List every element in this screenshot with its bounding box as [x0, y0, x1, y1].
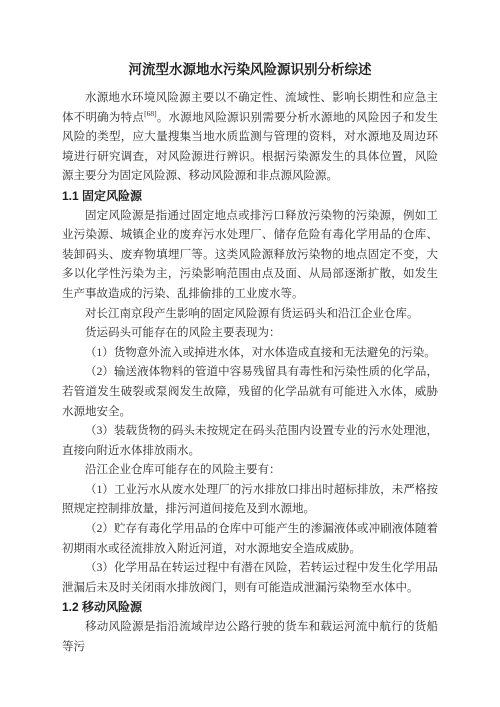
list-item-dock-risk-1: （1）货物意外流入或掉进水体，对水体造成直接和无法避免的污染。: [62, 344, 438, 364]
section-heading-fixed-risk-sources: 1.1 固定风险源: [62, 187, 438, 207]
citation-reference: [68]: [144, 109, 157, 118]
list-item-warehouse-risk-2: （2）贮存有毒化学用品的仓库中可能产生的渗漏液体或冲刷液体随着初期雨水或径流排放…: [62, 520, 438, 559]
section-heading-mobile-risk-sources: 1.2 移动风险源: [62, 598, 438, 618]
paragraph-mobile-risk-definition: 移动风险源是指沿流域岸边公路行驶的货车和载运河流中航行的货船等污: [62, 618, 438, 657]
paragraph-nanjing-fixed-sources: 对长江南京段产生影响的固定风险源有货运码头和沿江企业仓库。: [62, 305, 438, 325]
list-item-dock-risk-2: （2）输送液体物料的管道中容易残留具有毒性和污染性质的化学品，若管道发生破裂或泵…: [62, 363, 438, 422]
list-item-warehouse-risk-1: （1）工业污水从废水处理厂的污水排放口排出时超标排放，未严格按照规定控制排放量，…: [62, 481, 438, 520]
intro-paragraph: 水源地水环境风险源主要以不确定性、流域性、影响长期性和应急主体不明确为特点[68…: [62, 89, 438, 187]
list-item-warehouse-risk-3: （3）化学用品在转运过程中有潜在风险，若转运过程中发生化学用品泄漏后未及时关闭雨…: [62, 559, 438, 598]
paragraph-cargo-dock-risks-intro: 货运码头可能存在的风险主要表现为：: [62, 324, 438, 344]
document-page: 河流型水源地水污染风险源识别分析综述 水源地水环境风险源主要以不确定性、流域性、…: [0, 0, 500, 707]
paragraph-fixed-risk-definition: 固定风险源是指通过固定地点或排污口释放污染物的污染源，例如工业污染源、城镇企业的…: [62, 207, 438, 305]
document-title: 河流型水源地水污染风险源识别分析综述: [62, 60, 438, 80]
paragraph-warehouse-risks-intro: 沿江企业仓库可能存在的风险主要有：: [62, 461, 438, 481]
list-item-dock-risk-3: （3）装载货物的码头未按规定在码头范围内设置专业的污水处理池，直接向附近水体排放…: [62, 422, 438, 461]
